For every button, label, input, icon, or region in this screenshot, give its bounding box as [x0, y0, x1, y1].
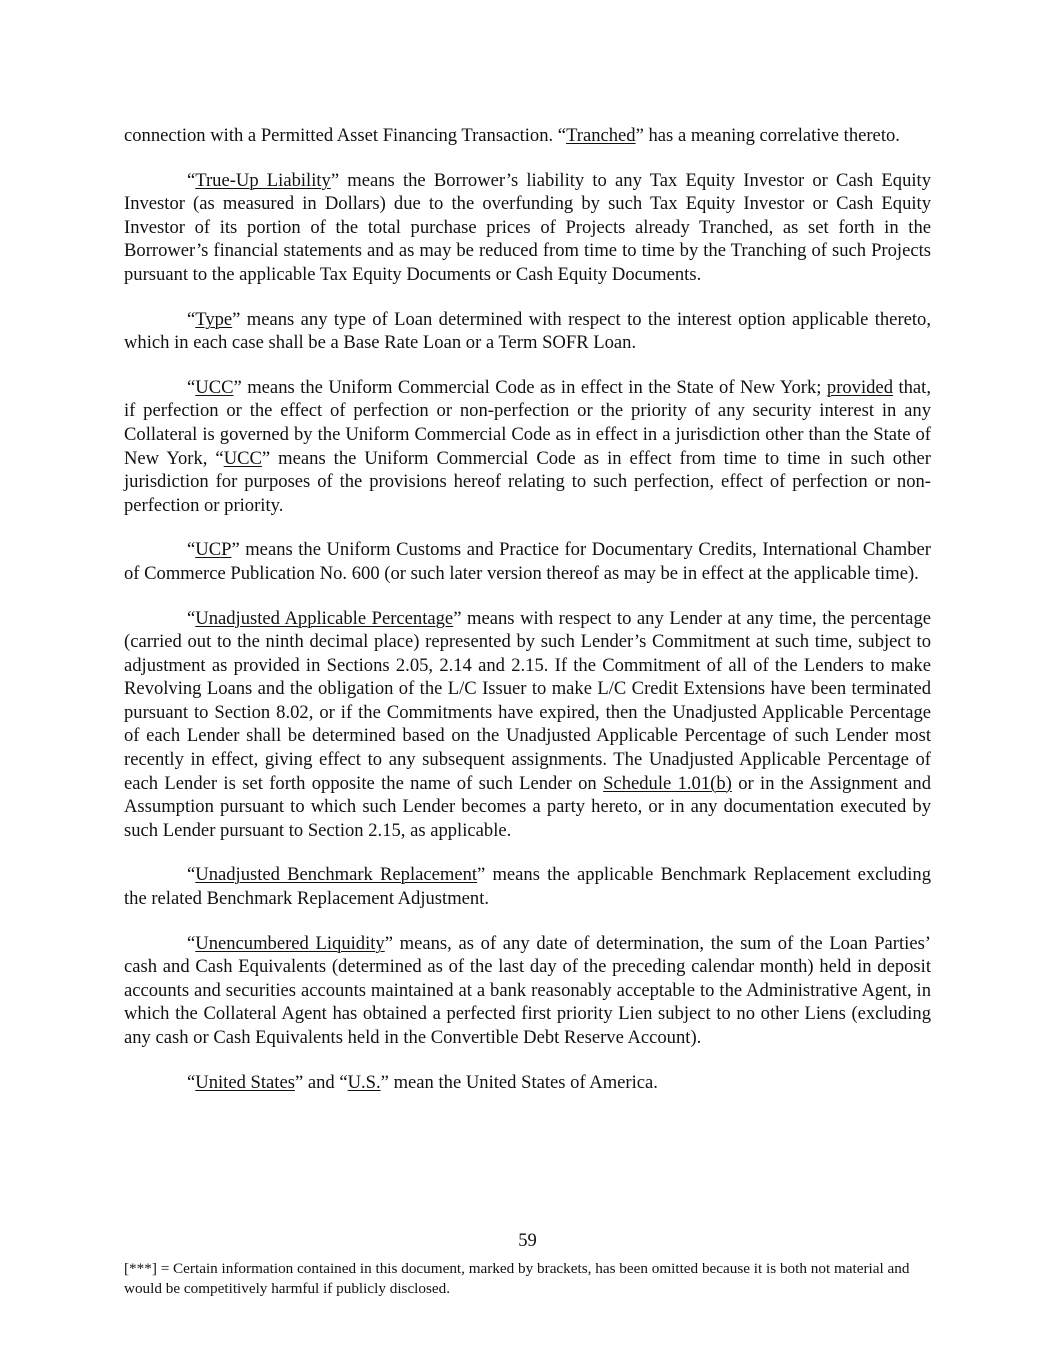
- text-run: ” means with respect to any Lender at an…: [124, 608, 931, 794]
- page-number: 59: [0, 1229, 1055, 1252]
- definition-tranched-continuation: connection with a Permitted Asset Financ…: [124, 124, 931, 148]
- defined-term: Unadjusted Applicable Percentage: [195, 608, 453, 629]
- document-page-body: connection with a Permitted Asset Financ…: [124, 124, 931, 1115]
- proviso-term: provided: [827, 377, 893, 398]
- text-run: connection with a Permitted Asset Financ…: [124, 125, 566, 146]
- definition-united-states: “United States” and “U.S.” mean the Unit…: [124, 1071, 931, 1095]
- defined-term: Type: [195, 309, 232, 330]
- definition-ucp: “UCP” means the Uniform Customs and Prac…: [124, 538, 931, 585]
- text-run: ” means any type of Loan determined with…: [124, 309, 931, 354]
- definition-unadjusted-benchmark-replacement: “Unadjusted Benchmark Replacement” means…: [124, 863, 931, 910]
- definition-ucc: “UCC” means the Uniform Commercial Code …: [124, 376, 931, 518]
- text-run: ” means the Uniform Customs and Practice…: [124, 539, 931, 584]
- defined-term: UCP: [195, 539, 231, 560]
- definition-unadjusted-applicable-percentage: “Unadjusted Applicable Percentage” means…: [124, 607, 931, 843]
- text-run: ” and “: [295, 1072, 348, 1093]
- defined-term: Unadjusted Benchmark Replacement: [195, 864, 477, 885]
- definition-true-up-liability: “True-Up Liability” means the Borrower’s…: [124, 169, 931, 287]
- defined-term: United States: [195, 1072, 295, 1093]
- text-run: ” means the Uniform Commercial Code as i…: [234, 377, 827, 398]
- defined-term: Tranched: [566, 125, 636, 146]
- defined-term: UCC: [195, 377, 233, 398]
- definition-unencumbered-liquidity: “Unencumbered Liquidity” means, as of an…: [124, 932, 931, 1050]
- defined-term: True-Up Liability: [195, 170, 331, 191]
- defined-term: Unencumbered Liquidity: [195, 933, 384, 954]
- text-run: ” mean the United States of America.: [381, 1072, 658, 1093]
- text-run: ” has a meaning correlative thereto.: [636, 125, 900, 146]
- schedule-reference: Schedule 1.01(b): [603, 773, 732, 794]
- defined-term: U.S.: [348, 1072, 381, 1093]
- definition-type: “Type” means any type of Loan determined…: [124, 308, 931, 355]
- defined-term: UCC: [224, 448, 262, 469]
- redaction-footnote: [***] = Certain information contained in…: [124, 1259, 934, 1299]
